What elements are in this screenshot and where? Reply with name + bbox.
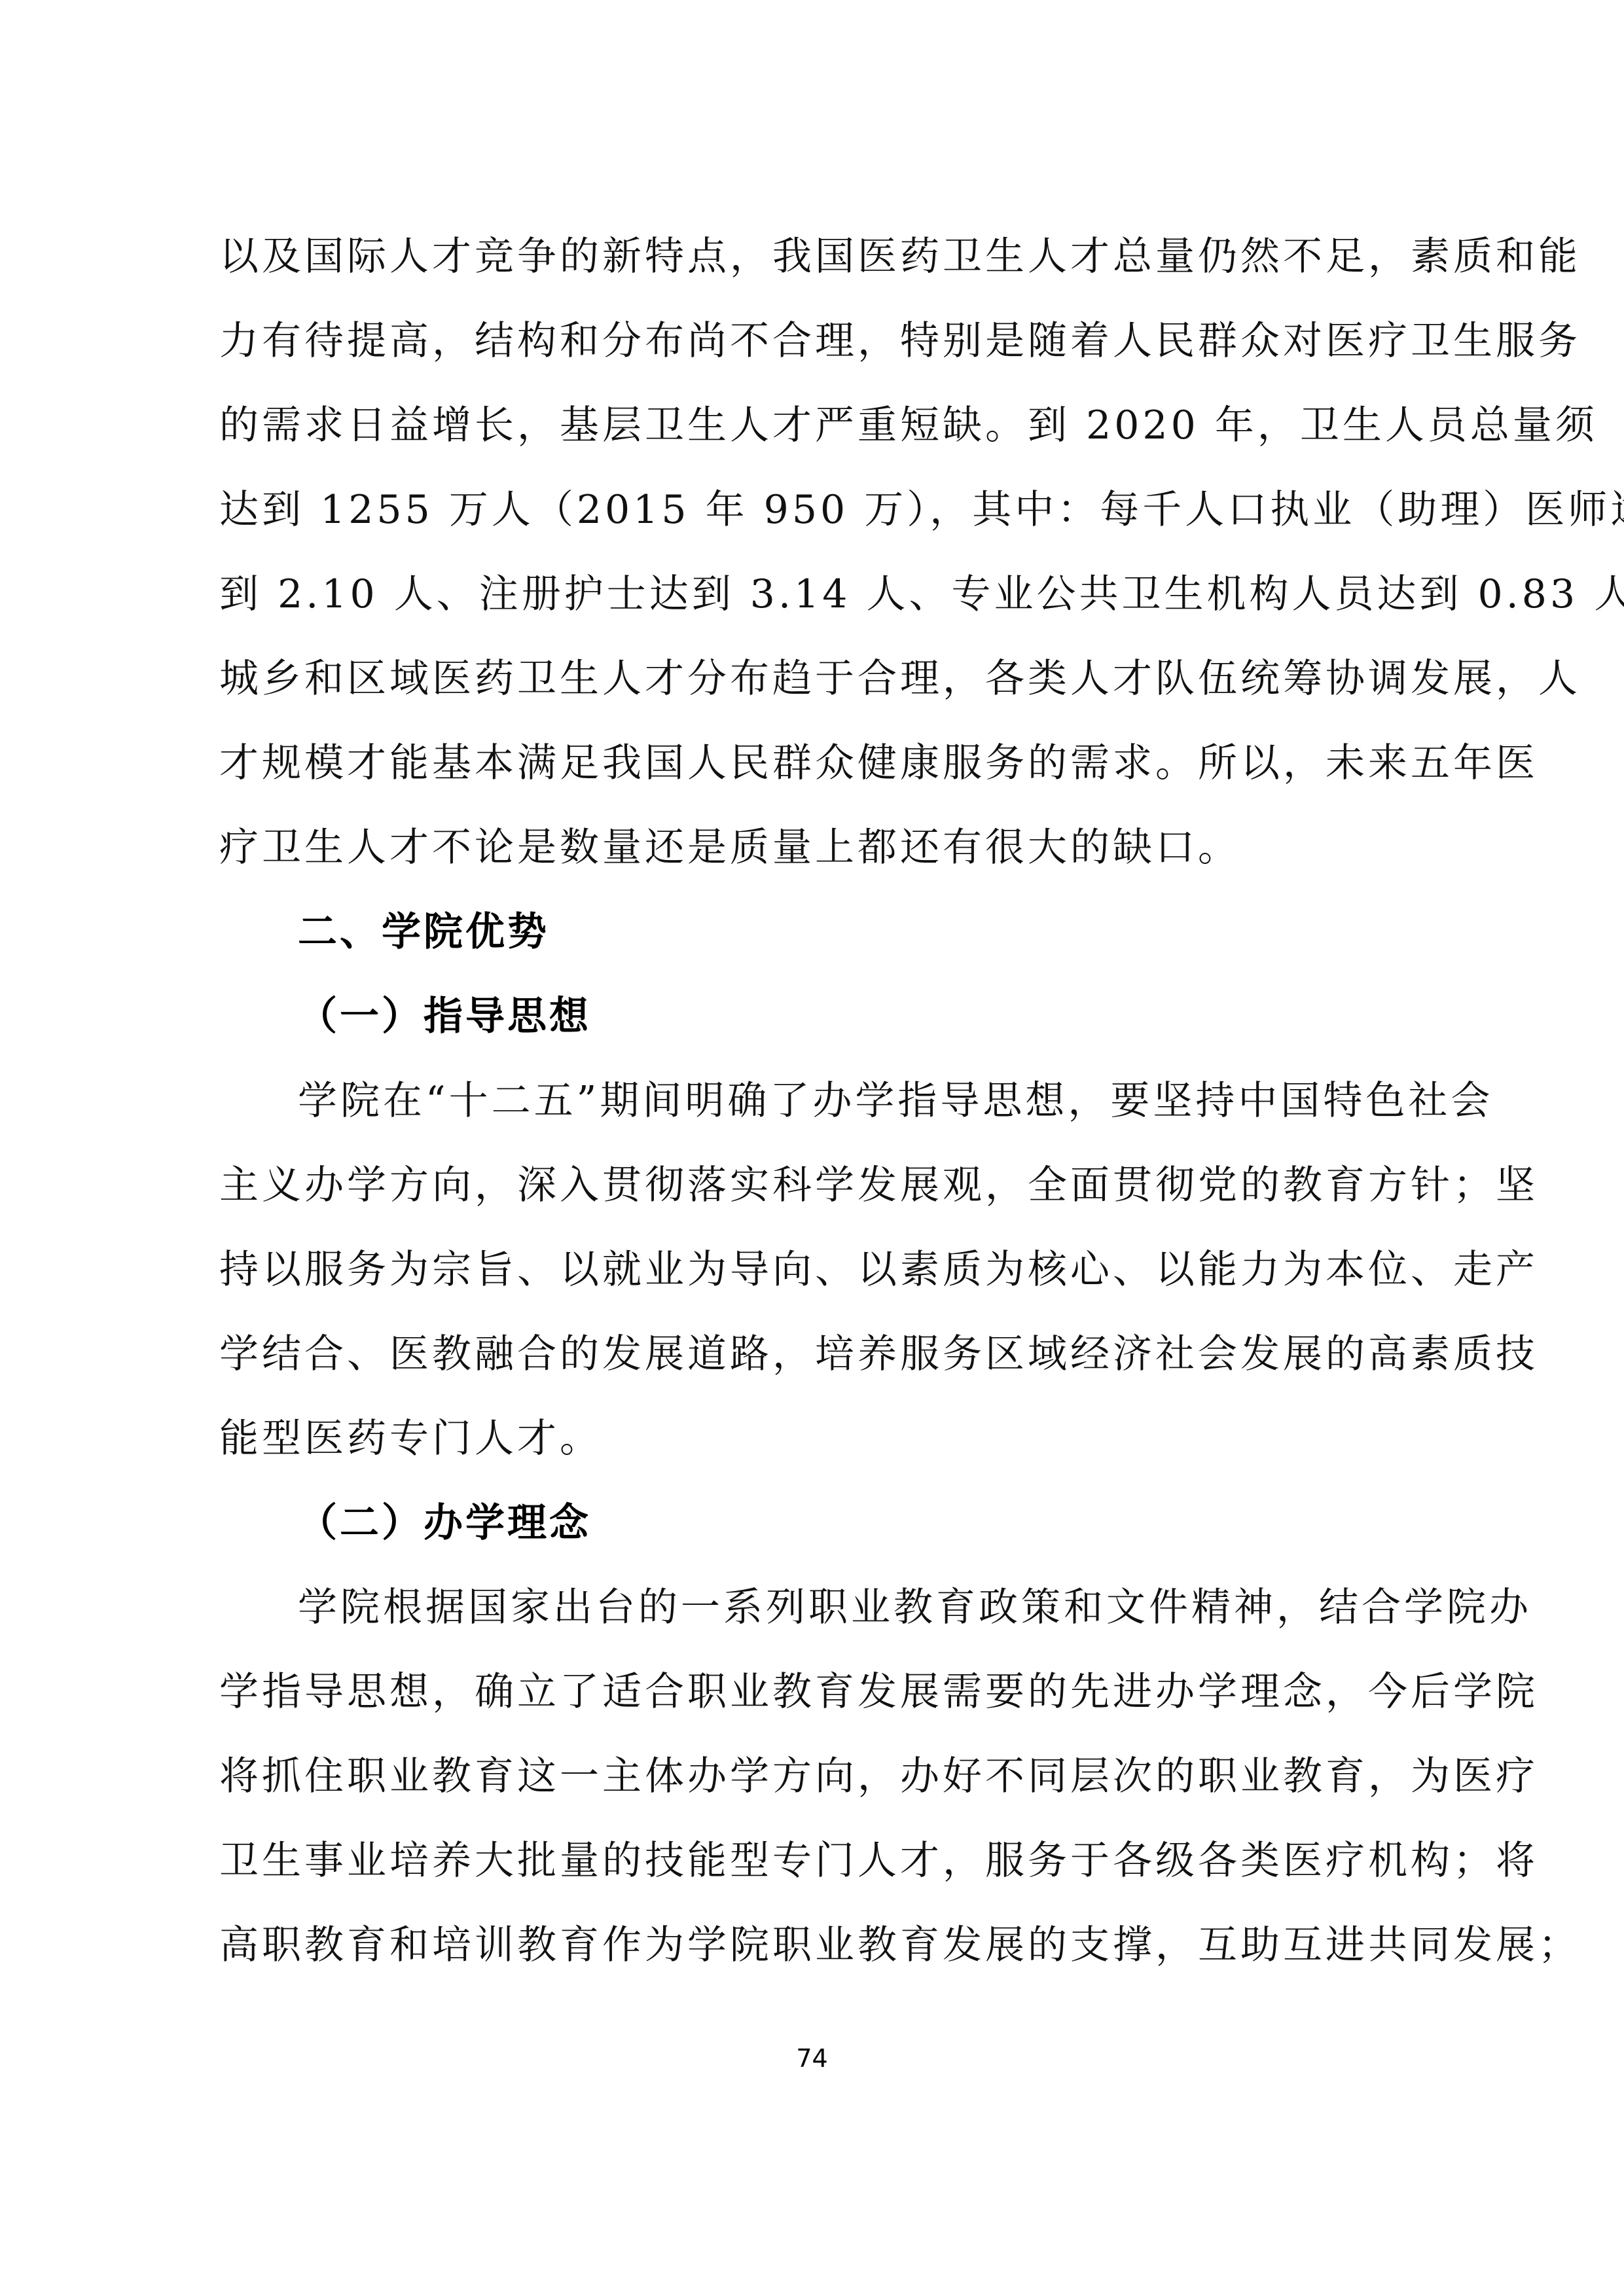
paragraph-line: 学院根据国家出台的一系列职业教育政策和文件精神，结合学院办 [298,1581,1437,1634]
paragraph-line: 到 2.10 人、注册护士达到 3.14 人、专业公共卫生机构人员达到 0.83… [219,568,1437,620]
subsection-heading: （二）办学理念 [298,1497,591,1549]
paragraph-line: 疗卫生人才不论是数量还是质量上都还有很大的缺口。 [219,821,1437,874]
paragraph-line: 城乡和区域医药卫生人才分布趋于合理，各类人才队伍统筹协调发展，人 [219,653,1437,705]
paragraph-line: 的需求日益增长，基层卫生人才严重短缺。到 2020 年，卫生人员总量须 [219,399,1437,452]
paragraph-line: 学结合、医教融合的发展道路，培养服务区域经济社会发展的高素质技 [219,1328,1437,1380]
paragraph-line: 能型医药专门人才。 [219,1412,1437,1465]
section-heading: 二、学院优势 [298,906,549,958]
paragraph-line: 将抓住职业教育这一主体办学方向，办好不同层次的职业教育，为医疗 [219,1750,1437,1803]
subsection-heading: （一）指导思想 [298,990,591,1043]
paragraph-line: 以及国际人才竞争的新特点，我国医药卫生人才总量仍然不足，素质和能 [219,230,1437,283]
paragraph-line: 卫生事业培养大批量的技能型专门人才，服务于各级各类医疗机构；将 [219,1835,1437,1887]
document-page: 以及国际人才竞争的新特点，我国医药卫生人才总量仍然不足，素质和能 力有待提高，结… [0,0,1624,2296]
paragraph-line: 持以服务为宗旨、以就业为导向、以素质为核心、以能力为本位、走产 [219,1244,1437,1296]
page-number: 74 [0,2042,1624,2075]
paragraph-line: 达到 1255 万人（2015 年 950 万），其中：每千人口执业（助理）医师… [219,484,1437,536]
paragraph-line: 才规模才能基本满足我国人民群众健康服务的需求。所以，未来五年医 [219,737,1437,789]
paragraph-line: 力有待提高，结构和分布尚不合理，特别是随着人民群众对医疗卫生服务 [219,315,1437,367]
paragraph-line: 高职教育和培训教育作为学院职业教育发展的支撑，互助互进共同发展； [219,1919,1437,1971]
paragraph-line: 学指导思想，确立了适合职业教育发展需要的先进办学理念，今后学院 [219,1666,1437,1718]
paragraph-line: 学院在“十二五”期间明确了办学指导思想，要坚持中国特色社会 [298,1075,1437,1127]
paragraph-line: 主义办学方向，深入贯彻落实科学发展观，全面贯彻党的教育方针；坚 [219,1159,1437,1211]
